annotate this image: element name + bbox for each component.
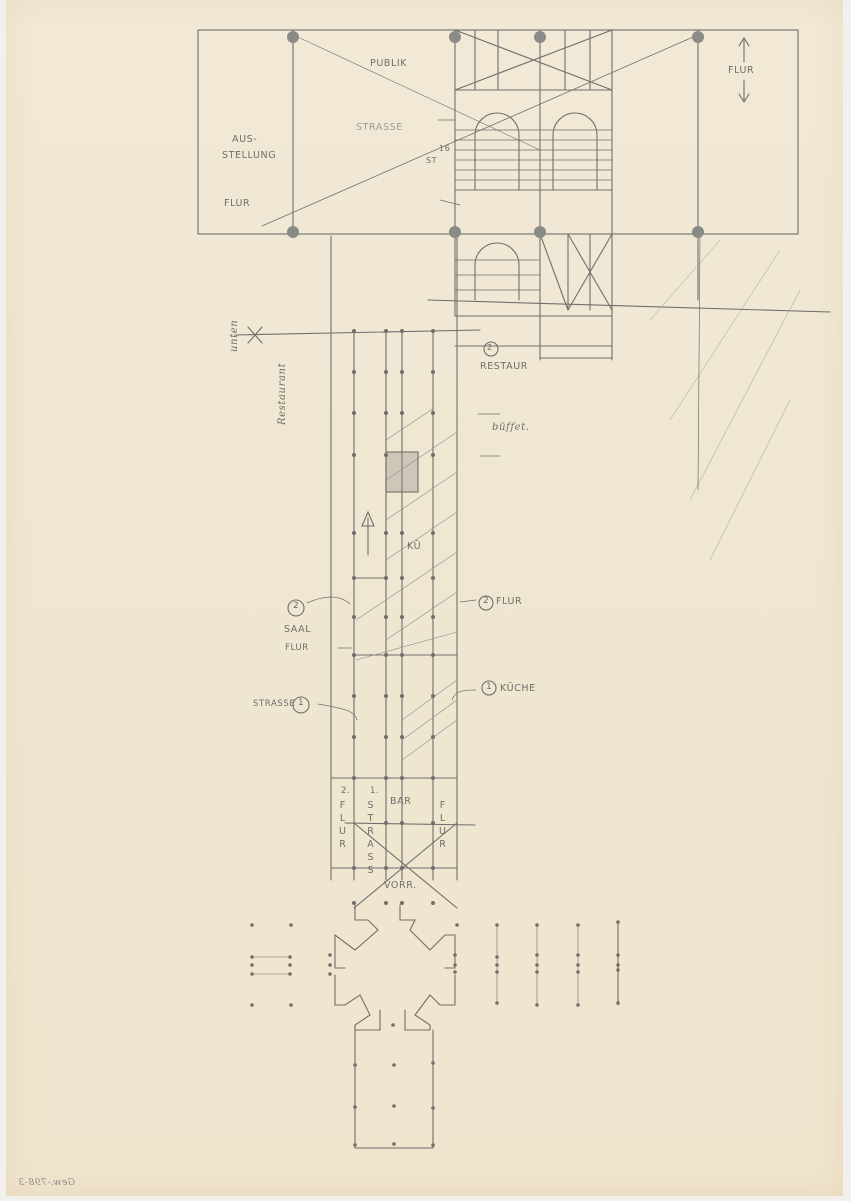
label-unten: unten — [229, 320, 240, 352]
label-ausstellung-1: AUS- — [232, 134, 257, 145]
label-flur-vert-left: FLUR — [337, 800, 348, 852]
label-strass-vert: STRASS — [365, 800, 376, 878]
label-saal-num: 2 — [293, 601, 299, 611]
label-publik: PUBLIK — [370, 58, 407, 69]
label-restaur-num: 2 — [487, 343, 493, 352]
label-vorr: VORR. — [384, 880, 417, 891]
label-flur-vert-right: FLUR — [437, 800, 448, 852]
label-bar: BAR — [390, 796, 411, 807]
label-level2: 2. — [341, 786, 350, 796]
label-ausstellung-2: STELLUNG — [222, 150, 276, 161]
label-kueche-num: 1 — [486, 682, 492, 692]
floor-plan-drawing — [6, 0, 843, 1196]
label-kue: KÜ — [407, 541, 421, 552]
label-restaurant-side: Restaurant — [277, 363, 288, 425]
label-buffet: büffet. — [492, 422, 530, 433]
label-saal: SAAL — [284, 624, 311, 635]
label-strasse1: STRASSE — [253, 699, 295, 709]
label-kueche: KÜCHE — [500, 683, 536, 694]
label-steps: 16 — [439, 144, 450, 153]
label-level1: 1. — [370, 786, 379, 796]
mirrored-inscription: Gew.-798-3 — [18, 1178, 75, 1188]
label-steps-unit: ST — [426, 156, 437, 165]
label-restaur: RESTAUR — [480, 361, 528, 372]
label-flur-top-left: FLUR — [224, 198, 250, 209]
label-flur2: FLUR — [496, 596, 522, 607]
label-flur2-num: 2 — [483, 596, 489, 606]
label-strasse1-num: 1 — [298, 698, 304, 708]
label-strasse-top: STRASSE — [356, 122, 403, 133]
paper-sheet: PUBLIK STRASSE AUS- STELLUNG FLUR 16 ST … — [6, 0, 843, 1196]
label-flur-saal: FLUR — [285, 643, 309, 653]
label-flur-top-right: FLUR — [728, 65, 754, 76]
